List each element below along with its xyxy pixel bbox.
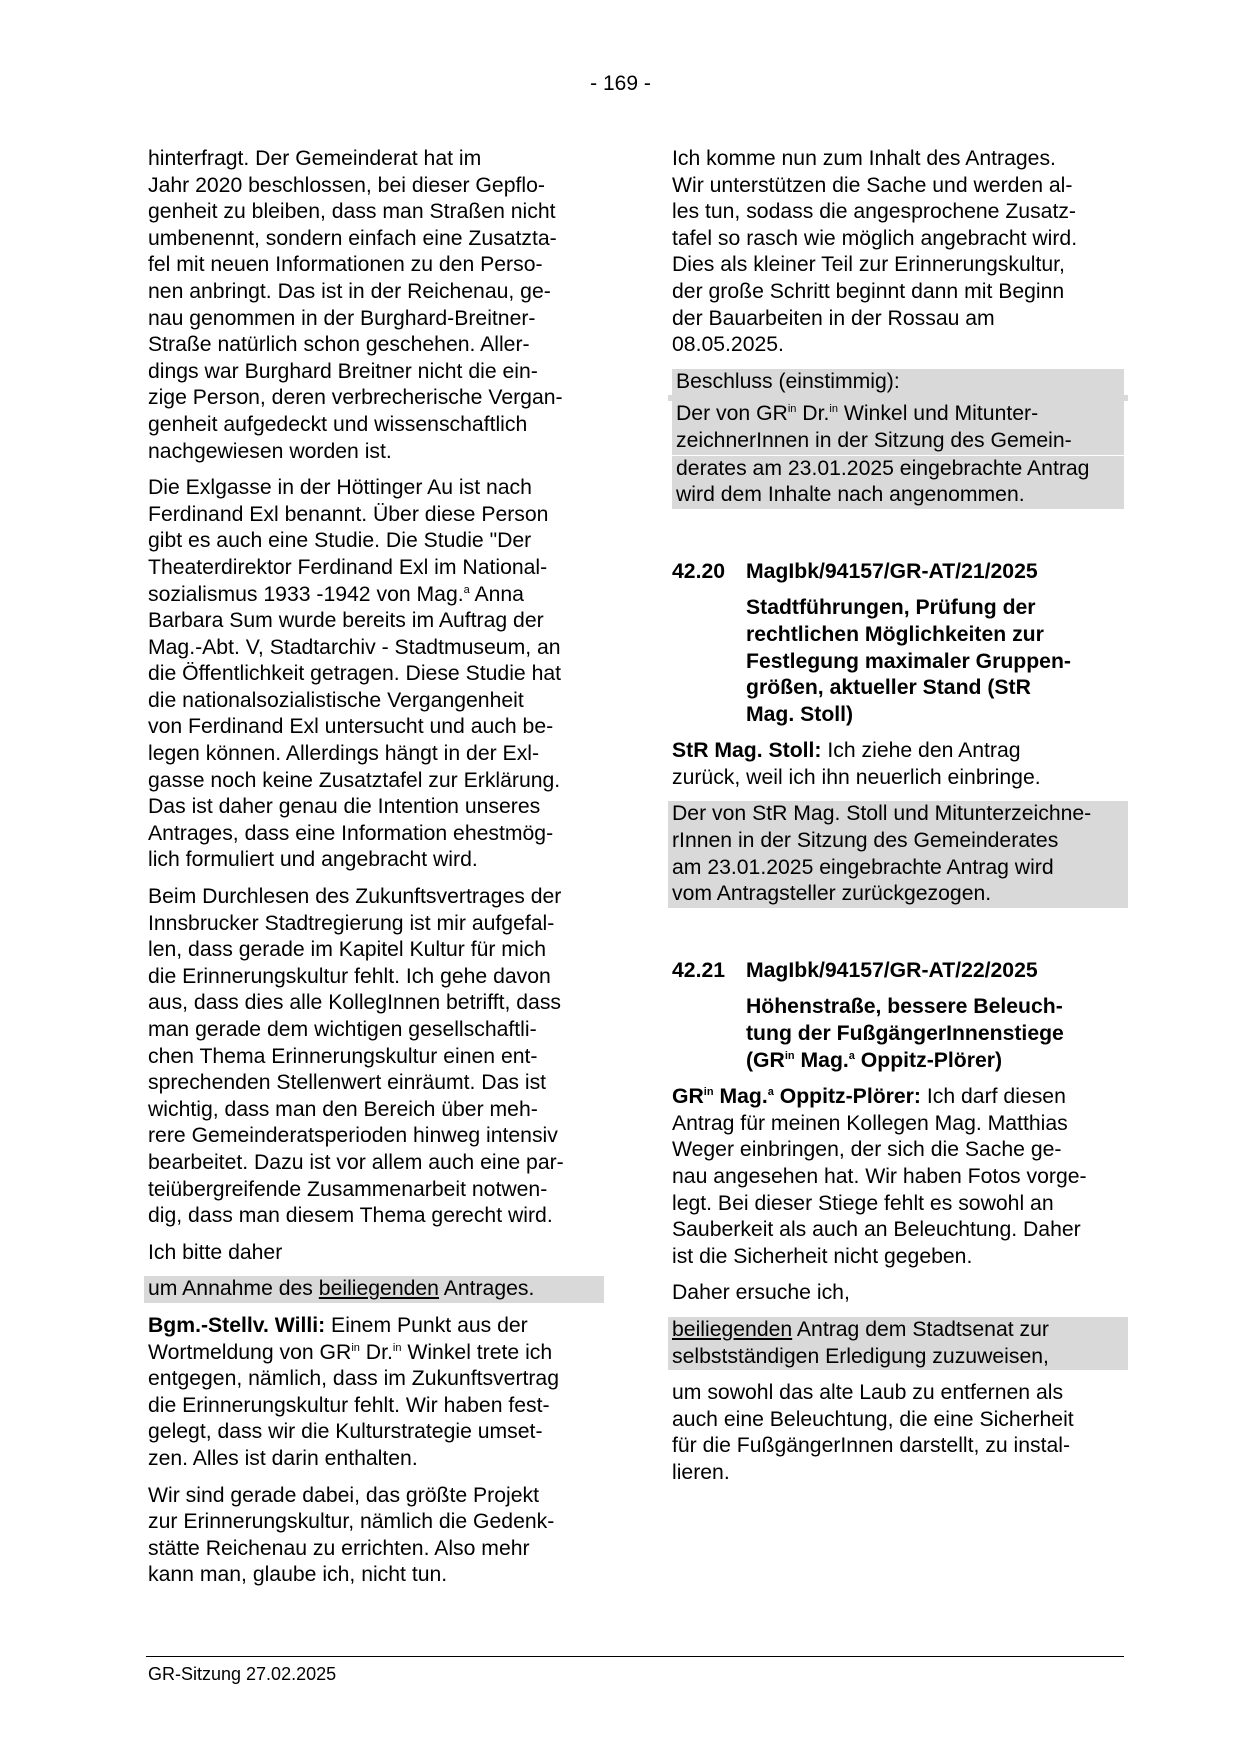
underlined-text: beiliegenden <box>319 1277 439 1300</box>
request-shaded: um Annahme des beiliegenden Antrages. <box>144 1276 604 1303</box>
paragraph-request-intro: Ich bitte daher <box>148 1240 600 1267</box>
footer-divider <box>146 1656 1124 1657</box>
agenda-item-42-20-heading: 42.20 MagIbk/94157/GR-AT/21/2025 <box>672 559 1124 586</box>
text: GR <box>672 1085 704 1108</box>
decision-label: Beschluss (einstimmig): <box>672 369 1124 396</box>
text: um Annahme des <box>148 1277 319 1300</box>
speaker-name: Bgm.-Stellv. Willi: <box>148 1314 325 1337</box>
text: Der von GR <box>676 402 788 425</box>
right-column: Ich komme nun zum Inhalt des Antrages. W… <box>672 146 1124 1497</box>
text: Oppitz-Plörer) <box>855 1049 1002 1072</box>
superscript: in <box>785 1050 795 1062</box>
underlined-text: beiliegenden <box>672 1318 792 1341</box>
superscript: in <box>351 1342 360 1354</box>
speaker-name: StR Mag. Stoll: <box>672 739 821 762</box>
decision-text-part1: Der von GRin Dr.in Winkel und Mitunter- … <box>672 401 1124 454</box>
request-intro: Daher ersuche ich, <box>672 1280 1124 1307</box>
text: Mag. <box>714 1085 768 1108</box>
paragraph-zukunftsvertrag: Beim Durchlesen des Zukunftsvertrages de… <box>148 884 600 1230</box>
speaker-name: GRin Mag.a Oppitz-Plörer: <box>672 1085 921 1108</box>
item-number: 42.20 <box>672 559 746 586</box>
speech-stoll: StR Mag. Stoll: Ich ziehe den Antrag zur… <box>672 738 1124 791</box>
superscript: in <box>704 1086 714 1098</box>
request-shaded: beiliegenden Antrag dem Stadtsenat zur s… <box>668 1317 1128 1370</box>
item-reference: MagIbk/94157/GR-AT/22/2025 <box>746 958 1038 985</box>
speech-oppitz-ploerer: GRin Mag.a Oppitz-Plörer: Ich darf diese… <box>672 1084 1124 1270</box>
item-title: Stadtführungen, Prüfung der rechtlichen … <box>746 595 1124 728</box>
text: Dr. <box>796 402 829 425</box>
paragraph-gedenkstaette: Wir sind gerade dabei, das größte Projek… <box>148 1483 600 1589</box>
page-number: - 169 - <box>0 72 1241 96</box>
footer-session-date: GR-Sitzung 27.02.2025 <box>148 1664 336 1685</box>
agenda-item-42-21-heading: 42.21 MagIbk/94157/GR-AT/22/2025 <box>672 958 1124 985</box>
decision-box: Beschluss (einstimmig): Der von GRin Dr.… <box>672 369 1124 509</box>
text: Mag. <box>795 1049 849 1072</box>
decision-text-part2: derates am 23.01.2025 eingebrachte Antra… <box>672 456 1124 509</box>
paragraph-exlgasse: Die Exlgasse in der Höttinger Au ist nac… <box>148 475 600 874</box>
left-column: hinterfragt. Der Gemeinderat hat im Jahr… <box>148 146 600 1599</box>
text: Dr. <box>360 1341 393 1364</box>
text: Anna Barbara Sum wurde bereits im Auftra… <box>148 583 561 872</box>
text: Oppitz-Plörer: <box>774 1085 921 1108</box>
speech-willi: Bgm.-Stellv. Willi: Einem Punkt aus der … <box>148 1313 600 1473</box>
item-title: Höhenstraße, bessere Beleuch- tung der F… <box>746 994 1124 1074</box>
paragraph: hinterfragt. Der Gemeinderat hat im Jahr… <box>148 146 600 465</box>
item-number: 42.21 <box>672 958 746 985</box>
paragraph-closing: um sowohl das alte Laub zu entfernen als… <box>672 1380 1124 1486</box>
item-reference: MagIbk/94157/GR-AT/21/2025 <box>746 559 1038 586</box>
paragraph-inhalt: Ich komme nun zum Inhalt des Antrages. W… <box>672 146 1124 359</box>
decision-withdrawn: Der von StR Mag. Stoll und Mitunterzeich… <box>668 801 1128 907</box>
superscript: in <box>829 403 838 415</box>
text: Ich darf diesen Antrag für meinen Kolleg… <box>672 1085 1087 1268</box>
text: Antrages. <box>439 1277 534 1300</box>
